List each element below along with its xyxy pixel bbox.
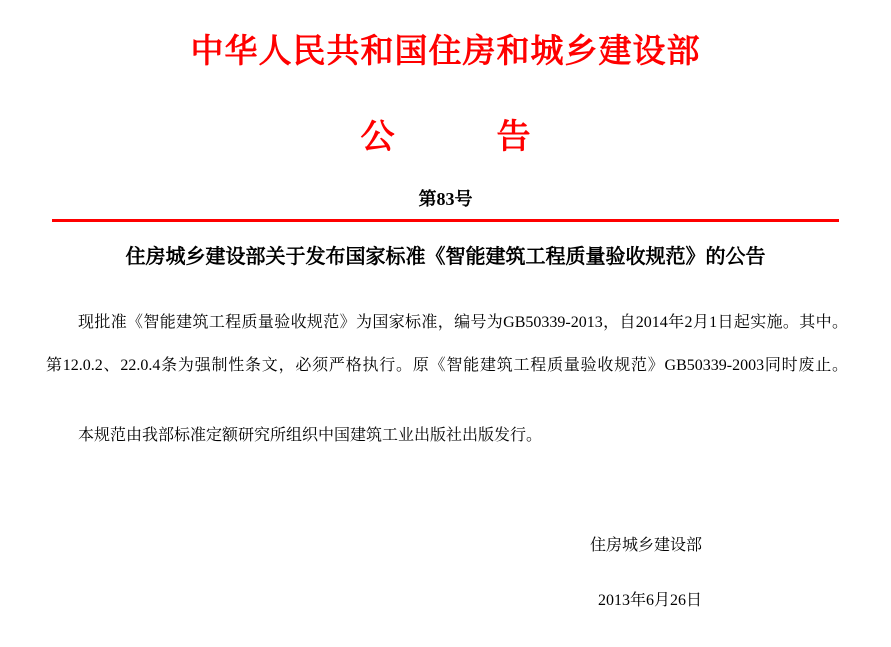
body-paragraph-1: 现批准《智能建筑工程质量验收规范》为国家标准，编号为GB50339-2013，自… (46, 301, 848, 387)
ministry-title: 中华人民共和国住房和城乡建设部 (0, 30, 891, 74)
signature-date: 2013年6月26日 (0, 590, 891, 612)
body-paragraph-1-line-2: 第12.0.2、22.0.4条为强制性条文，必须严格执行。原《智能建筑工程质量验… (46, 344, 848, 387)
signature-issuer: 住房城乡建设部 (0, 535, 891, 557)
announcement-document: 中华人民共和国住房和城乡建设部 公 告 第83号 住房城乡建设部关于发布国家标准… (0, 0, 891, 647)
body-paragraph-2: 本规范由我部标准定额研究所组织中国建筑工业出版社出版发行。 (46, 414, 848, 457)
announcement-title: 公 告 (0, 116, 891, 160)
document-number: 第83号 (0, 186, 891, 212)
subject-heading: 住房城乡建设部关于发布国家标准《智能建筑工程质量验收规范》的公告 (20, 243, 871, 271)
red-divider-line (52, 219, 839, 222)
body-paragraph-1-line-1: 现批准《智能建筑工程质量验收规范》为国家标准，编号为GB50339-2013，自… (46, 301, 848, 344)
